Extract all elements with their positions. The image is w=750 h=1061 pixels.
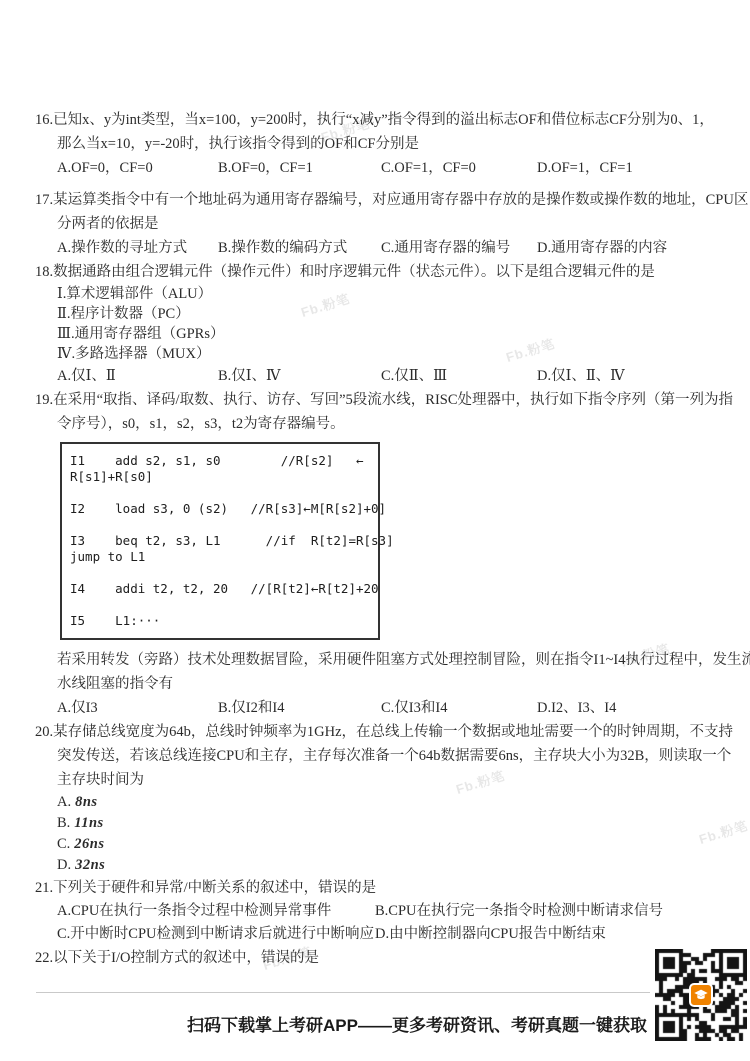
options-row: A.操作数的寻址方式 B.操作数的编码方式 C.通用寄存器的编号 D.通用寄存器… bbox=[35, 236, 720, 260]
list-item-3: Ⅲ.通用寄存器组（GPRs） bbox=[57, 324, 720, 344]
option-d: D.OF=1，CF=1 bbox=[537, 156, 720, 180]
question-stem-line: 18.数据通路由组合逻辑元件（操作元件）和时序逻辑元件（状态元件）。以下是组合逻… bbox=[35, 260, 720, 284]
option-a: A.仅Ⅰ、Ⅱ bbox=[57, 364, 218, 388]
question-stem-line: 若采用转发（旁路）技术处理数据冒险，采用硬件阻塞方式处理控制冒险，则在指令I1~… bbox=[35, 648, 720, 672]
options-list: A.8ns B.11ns C.26ns D.32ns bbox=[35, 792, 720, 876]
list-item-2: Ⅱ.程序计数器（PC） bbox=[57, 304, 720, 324]
options-row: A.仅I3 B.仅I2和I4 C.仅I3和I4 D.I2、I3、I4 bbox=[35, 696, 720, 720]
question-stem-line: 20.某存储总线宽度为64b，总线时钟频率为1GHz，在总线上传输一个数据或地址… bbox=[35, 720, 720, 744]
option-d: D.仅Ⅰ、Ⅱ、Ⅳ bbox=[537, 364, 720, 388]
question-stem-line: 分两者的依据是 bbox=[35, 212, 720, 236]
option-d: D.32ns bbox=[57, 855, 720, 876]
question-stem-line: 19.在采用“取指、译码/取数、执行、访存、写回”5段流水线，RISC处理器中，… bbox=[35, 388, 720, 412]
option-value: 11ns bbox=[74, 815, 103, 831]
question-19: 19.在采用“取指、译码/取数、执行、访存、写回”5段流水线，RISC处理器中，… bbox=[35, 388, 720, 720]
list-item-1: Ⅰ.算术逻辑部件（ALU） bbox=[57, 284, 720, 304]
footer-divider bbox=[36, 992, 650, 993]
question-number: 19. bbox=[35, 392, 53, 408]
question-stem-line: 主存块时间为 bbox=[35, 768, 720, 792]
question-stem-line: 突发传送，若该总线连接CPU和主存，主存每次准备一个64b数据需要6ns，主存块… bbox=[35, 744, 720, 768]
question-number: 18. bbox=[35, 264, 53, 280]
option-a: A.CPU在执行一条指令过程中检测异常事件 bbox=[57, 900, 375, 923]
question-stem-text: 以下关于I/O控制方式的叙述中，错误的是 bbox=[53, 950, 319, 966]
option-c: C.仅I3和I4 bbox=[381, 696, 537, 720]
option-b: B.操作数的编码方式 bbox=[218, 236, 381, 260]
question-stem-text: 某存储总线宽度为64b，总线时钟频率为1GHz，在总线上传输一个数据或地址需要一… bbox=[53, 724, 733, 740]
question-stem-line: 那么当x=10，y=-20时，执行该指令得到的OF和CF分别是 bbox=[35, 132, 720, 156]
question-16: 16.已知x、y为int类型，当x=100，y=200时，执行“x减y”指令得到… bbox=[35, 108, 720, 180]
option-label: B. bbox=[57, 815, 70, 831]
question-stem-line: 21.下列关于硬件和异常/中断关系的叙述中，错误的是 bbox=[35, 876, 720, 900]
option-value: 26ns bbox=[74, 836, 104, 852]
question-stem-text: 数据通路由组合逻辑元件（操作元件）和时序逻辑元件（状态元件）。以下是组合逻辑元件… bbox=[53, 264, 655, 280]
question-stem-line: 22.以下关于I/O控制方式的叙述中，错误的是 bbox=[35, 946, 720, 970]
question-stem-text: 在采用“取指、译码/取数、执行、访存、写回”5段流水线，RISC处理器中，执行如… bbox=[53, 392, 733, 408]
option-label: C. bbox=[57, 836, 70, 852]
question-stem-line: 令序号），s0，s1，s2，s3，t2为寄存器编号。 bbox=[35, 412, 720, 436]
option-c: C.通用寄存器的编号 bbox=[381, 236, 537, 260]
option-c: C.OF=1，CF=0 bbox=[381, 156, 537, 180]
question-20: 20.某存储总线宽度为64b，总线时钟频率为1GHz，在总线上传输一个数据或地址… bbox=[35, 720, 720, 876]
question-stem-line: 16.已知x、y为int类型，当x=100，y=200时，执行“x减y”指令得到… bbox=[35, 108, 720, 132]
question-stem-text: 某运算类指令中有一个地址码为通用寄存器编号，对应通用寄存器中存放的是操作数或操作… bbox=[53, 192, 748, 208]
exam-page-content: 16.已知x、y为int类型，当x=100，y=200时，执行“x减y”指令得到… bbox=[35, 108, 720, 970]
options-row: A.OF=0，CF=0 B.OF=0，CF=1 C.OF=1，CF=0 D.OF… bbox=[35, 156, 720, 180]
list-item-4: Ⅳ.多路选择器（MUX） bbox=[57, 344, 720, 364]
option-b: B.仅Ⅰ、Ⅳ bbox=[218, 364, 381, 388]
question-stem-line: 水线阻塞的指令有 bbox=[35, 672, 720, 696]
instruction-code-block: I1 add s2, s1, s0 //R[s2] ← R[s1]+R[s0] … bbox=[60, 442, 380, 640]
option-d: D.由中断控制器向CPU报告中断结束 bbox=[375, 923, 720, 946]
graduation-cap-icon bbox=[693, 987, 709, 1003]
option-c: C.26ns bbox=[57, 834, 720, 855]
option-c: C.开中断时CPU检测到中断请求后就进行中断响应 bbox=[57, 923, 375, 946]
question-number: 17. bbox=[35, 192, 53, 208]
question-number: 20. bbox=[35, 724, 53, 740]
option-b: B.OF=0，CF=1 bbox=[218, 156, 381, 180]
question-stem-text: 已知x、y为int类型，当x=100，y=200时，执行“x减y”指令得到的溢出… bbox=[53, 112, 714, 128]
option-a: A.8ns bbox=[57, 792, 720, 813]
option-a: A.仅I3 bbox=[57, 696, 218, 720]
options-row: C.开中断时CPU检测到中断请求后就进行中断响应 D.由中断控制器向CPU报告中… bbox=[35, 923, 720, 946]
option-b: B.CPU在执行完一条指令时检测中断请求信号 bbox=[375, 900, 720, 923]
footer-text: 扫码下载掌上考研APP——更多考研资讯、考研真题一键获取 bbox=[187, 1011, 647, 1036]
question-21: 21.下列关于硬件和异常/中断关系的叙述中，错误的是 A.CPU在执行一条指令过… bbox=[35, 876, 720, 946]
question-stem-line: 17.某运算类指令中有一个地址码为通用寄存器编号，对应通用寄存器中存放的是操作数… bbox=[35, 188, 720, 212]
question-number: 22. bbox=[35, 950, 53, 966]
question-stem-text: 下列关于硬件和异常/中断关系的叙述中，错误的是 bbox=[53, 880, 376, 896]
question-number: 16. bbox=[35, 112, 53, 128]
option-value: 32ns bbox=[75, 857, 105, 873]
option-c: C.仅Ⅱ、Ⅲ bbox=[381, 364, 537, 388]
question-22: 22.以下关于I/O控制方式的叙述中，错误的是 bbox=[35, 946, 720, 970]
option-label: A. bbox=[57, 794, 71, 810]
options-row: A.仅Ⅰ、Ⅱ B.仅Ⅰ、Ⅳ C.仅Ⅱ、Ⅲ D.仅Ⅰ、Ⅱ、Ⅳ bbox=[35, 364, 720, 388]
option-b: B.11ns bbox=[57, 813, 720, 834]
question-17: 17.某运算类指令中有一个地址码为通用寄存器编号，对应通用寄存器中存放的是操作数… bbox=[35, 188, 720, 260]
roman-item-list: Ⅰ.算术逻辑部件（ALU） Ⅱ.程序计数器（PC） Ⅲ.通用寄存器组（GPRs）… bbox=[35, 284, 720, 364]
option-d: D.I2、I3、I4 bbox=[537, 696, 720, 720]
options-row: A.CPU在执行一条指令过程中检测异常事件 B.CPU在执行完一条指令时检测中断… bbox=[35, 900, 720, 923]
option-a: A.OF=0，CF=0 bbox=[57, 156, 218, 180]
question-number: 21. bbox=[35, 880, 53, 896]
option-value: 8ns bbox=[75, 794, 97, 810]
qr-logo bbox=[689, 983, 713, 1007]
option-d: D.通用寄存器的内容 bbox=[537, 236, 720, 260]
option-label: D. bbox=[57, 857, 71, 873]
option-b: B.仅I2和I4 bbox=[218, 696, 381, 720]
qr-code bbox=[655, 949, 747, 1041]
option-a: A.操作数的寻址方式 bbox=[57, 236, 218, 260]
question-18: 18.数据通路由组合逻辑元件（操作元件）和时序逻辑元件（状态元件）。以下是组合逻… bbox=[35, 260, 720, 388]
